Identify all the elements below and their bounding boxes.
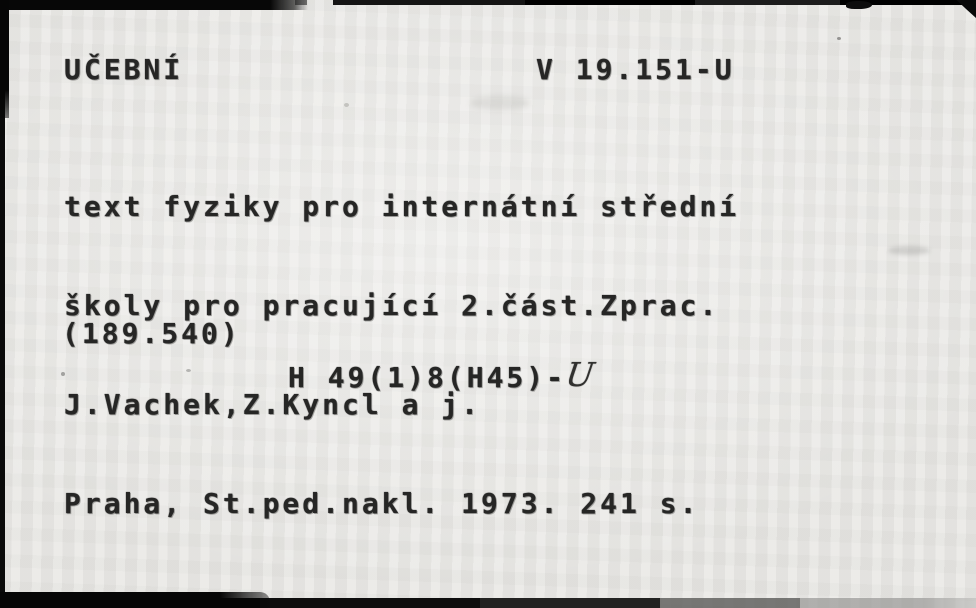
body-line-1: text fyziky pro internátní střední [64, 190, 739, 223]
paper-speck [344, 103, 349, 107]
scan-edge-left-top [0, 0, 9, 118]
paper-smudge [888, 246, 930, 255]
paper-speck [837, 37, 841, 40]
shelf-mark-handwritten-u: U [563, 355, 596, 394]
call-number: V 19.151-U [536, 53, 735, 86]
scan-edge-left [0, 0, 5, 608]
scan-edge-top-corner [946, 0, 976, 18]
shelf-mark-typed: H 49(1)8(H45)- [288, 361, 566, 394]
scan-edge-top-line [295, 0, 976, 5]
catalog-number: (189.540) [62, 317, 241, 350]
scan-edge-bottom-thick [0, 592, 270, 608]
card-body: text fyziky pro internátní střední školy… [64, 124, 739, 586]
paper-smudge [470, 96, 530, 110]
shelf-mark: H 49(1)8(H45)-U [288, 356, 594, 395]
scan-edge-top-thick [0, 0, 308, 10]
card-heading: UČEBNÍ [64, 53, 183, 86]
body-line-4: Praha, St.ped.nakl. 1973. 241 s. [64, 487, 739, 520]
catalog-card-scan: UČEBNÍ V 19.151-U text fyziky pro intern… [0, 0, 976, 608]
scan-edge-bottom [0, 598, 976, 608]
scan-edge-top-blob [846, 1, 872, 9]
